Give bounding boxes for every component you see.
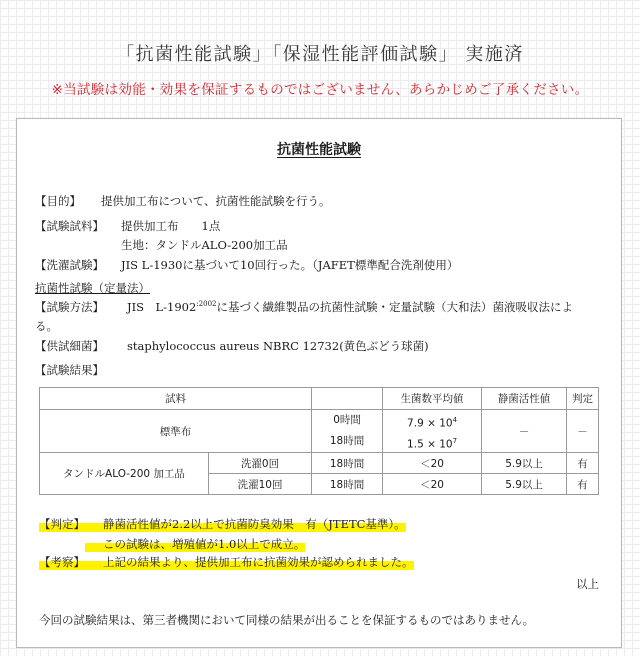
header-sample: 試料 bbox=[40, 388, 312, 410]
method-text: に基づく繊維製品の抗菌性試験・定量試験（大和法）菌液吸収法によ bbox=[217, 300, 574, 314]
test-report-panel: 抗菌性能試験 【目的】提供加工布について、抗菌性能試験を行う。 【試験試料】提供… bbox=[16, 118, 622, 648]
purpose-text: 提供加工布について、抗菌性能試験を行う。 bbox=[101, 194, 331, 208]
standard-name: 標準布 bbox=[40, 410, 312, 453]
treated-wash: 洗濯0回 bbox=[209, 453, 312, 474]
standard-activity: － bbox=[482, 410, 567, 453]
treated-wash: 洗濯10回 bbox=[209, 474, 312, 495]
standard-time-18: 18時間 bbox=[312, 431, 382, 452]
treated-count: ＜20 bbox=[383, 474, 482, 495]
purpose-label: 【目的】 bbox=[35, 193, 101, 209]
treated-activity: 5.9以上 bbox=[482, 453, 567, 474]
treated-activity: 5.9以上 bbox=[482, 474, 567, 495]
table-row-standard: 標準布 0時間 18時間 7.9 × 104 1.5 × 107 － － bbox=[40, 410, 599, 453]
standard-count-0: 7.9 × 104 bbox=[383, 410, 481, 431]
consideration-line: 【考察】上記の結果より、提供加工布に抗菌効果が認められました。 bbox=[39, 554, 414, 570]
page-title: 「抗菌性能試験」「保湿性能評価試験」 実施済 bbox=[0, 40, 640, 66]
wash-text: JIS L-1930に基づいて10回行った。（JAFET標準配合洗剤使用） bbox=[121, 258, 458, 272]
treated-count: ＜20 bbox=[383, 453, 482, 474]
bacteria-label: 【供試細菌】 bbox=[35, 338, 127, 354]
sample-line: 【試験試料】提供加工布 1点 bbox=[35, 218, 220, 234]
method-line: 【試験方法】JIS L-1902:2002に基づく繊維製品の抗菌性試験・定量試験… bbox=[35, 299, 573, 315]
sample-text: 提供加工布 1点 bbox=[121, 219, 220, 233]
treated-judgement: 有 bbox=[567, 453, 599, 474]
consideration-text: 上記の結果より、提供加工布に抗菌効果が認められました。 bbox=[103, 555, 414, 569]
method-heading: 抗菌性試験（定量法） bbox=[35, 280, 150, 296]
header-time bbox=[312, 388, 383, 410]
bacteria-line: 【供試細菌】staphylococcus aureus NBRC 12732(黄… bbox=[35, 338, 429, 354]
wash-line: 【洗濯試験】JIS L-1930に基づいて10回行った。（JAFET標準配合洗剤… bbox=[35, 257, 458, 273]
table-header-row: 試料 生菌数平均値 静菌活性値 判定 bbox=[40, 388, 599, 410]
method-line-cont: る。 bbox=[35, 318, 58, 334]
report-title: 抗菌性能試験 bbox=[17, 139, 621, 159]
third-party-disclaimer: 今回の試験結果は、第三者機関において同様の結果が出ることを保証するものではありま… bbox=[39, 612, 534, 628]
method-label: 【試験方法】 bbox=[35, 299, 127, 315]
header-judgement: 判定 bbox=[567, 388, 599, 410]
disclaimer-notice: ※当試験は効能・効果を保証するものではございません、あらかじめご了承ください。 bbox=[0, 78, 640, 98]
table-row-treated-0: タンドルALO-200 加工品 洗濯0回 18時間 ＜20 5.9以上 有 bbox=[40, 453, 599, 474]
results-table: 試料 生菌数平均値 静菌活性値 判定 標準布 0時間 18時間 7.9 × 10… bbox=[39, 387, 599, 495]
judgement-text: 静菌活性値が2.2以上で抗菌防臭効果 有（JTETC基準）。 bbox=[103, 517, 406, 531]
standard-counts: 7.9 × 104 1.5 × 107 bbox=[383, 410, 482, 453]
method-standard: JIS L-1902 bbox=[127, 300, 196, 314]
bacteria-text: staphylococcus aureus NBRC 12732(黄色ぶどう球菌… bbox=[127, 339, 429, 353]
header-viable-count: 生菌数平均値 bbox=[383, 388, 482, 410]
wash-label: 【洗濯試験】 bbox=[35, 257, 121, 273]
consideration-label: 【考察】 bbox=[39, 554, 103, 570]
standard-times: 0時間 18時間 bbox=[312, 410, 383, 453]
results-label: 【試験結果】 bbox=[35, 362, 104, 378]
purpose-line: 【目的】提供加工布について、抗菌性能試験を行う。 bbox=[35, 193, 331, 209]
sample-label: 【試験試料】 bbox=[35, 218, 121, 234]
judgement-condition: この試験は、増殖値が1.0以上で成立。 bbox=[85, 536, 305, 552]
treated-time: 18時間 bbox=[312, 474, 383, 495]
standard-time-0: 0時間 bbox=[312, 410, 382, 431]
treated-name: タンドルALO-200 加工品 bbox=[40, 453, 209, 495]
standard-judgement: － bbox=[567, 410, 599, 453]
sample-fabric: 生地：タンドルALO-200加工品 bbox=[121, 237, 288, 253]
method-standard-year: :2002 bbox=[196, 300, 216, 308]
treated-time: 18時間 bbox=[312, 453, 383, 474]
end-mark: 以上 bbox=[576, 576, 599, 592]
header-activity: 静菌活性値 bbox=[482, 388, 567, 410]
treated-judgement: 有 bbox=[567, 474, 599, 495]
judgement-label: 【判定】 bbox=[39, 516, 103, 532]
standard-count-18: 1.5 × 107 bbox=[383, 431, 481, 452]
judgement-line: 【判定】静菌活性値が2.2以上で抗菌防臭効果 有（JTETC基準）。 bbox=[39, 516, 406, 532]
